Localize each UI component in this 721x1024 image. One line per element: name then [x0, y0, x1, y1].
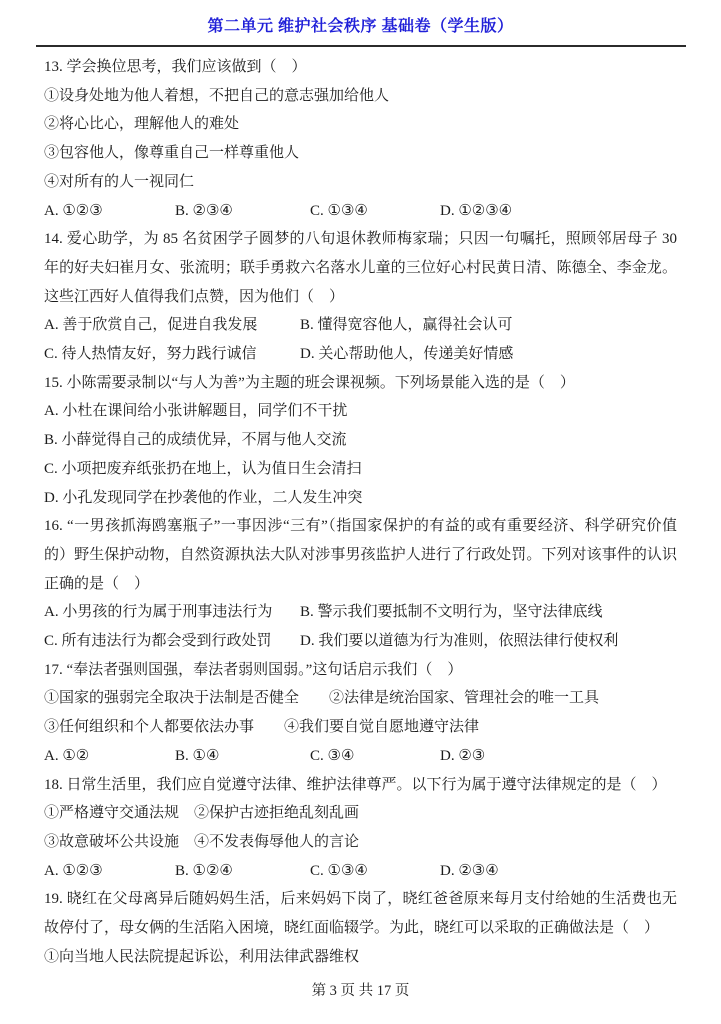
- page-number: 第 3 页 共 17 页: [312, 983, 410, 999]
- options-row: C. 所有违法行为都会受到行政处罚 D. 我们要以道德为行为准则，依照法律行使权…: [44, 627, 677, 656]
- option-c: C. 小项把废弃纸张扔在地上，认为值日生会清扫: [44, 455, 677, 484]
- question-stem: 17. “奉法者强则国强，奉法者弱则国弱。”这句话启示我们（ ）: [44, 656, 677, 685]
- question-15: 15. 小陈需要录制以“与人为善”为主题的班会课视频。下列场景能入选的是（ ） …: [44, 369, 677, 513]
- numbered-statement-row: ①国家的强弱完全取决于法制是否健全 ②法律是统治国家、管理社会的唯一工具: [44, 684, 677, 713]
- options-row: A. ①② B. ①④ C. ③④ D. ②③: [44, 742, 677, 771]
- option-c: C. 待人热情友好，努力践行诚信: [44, 340, 300, 369]
- option-d: D. ②③④: [440, 857, 499, 886]
- options-row: A. ①②③ B. ②③④ C. ①③④ D. ①②③④: [44, 197, 677, 226]
- numbered-statement: ③包容他人，像尊重自己一样尊重他人: [44, 139, 677, 168]
- option-d: D. ①②③④: [440, 197, 512, 226]
- page-footer: 第 3 页 共 17 页: [0, 980, 721, 1002]
- question-stem: 13. 学会换位思考，我们应该做到（ ）: [44, 53, 677, 82]
- option-b: B. ①④: [175, 742, 310, 771]
- option-a: A. ①②③: [44, 197, 175, 226]
- option-b: B. 懂得宽容他人，赢得社会认可: [300, 311, 513, 340]
- options-row: C. 待人热情友好，努力践行诚信 D. 关心帮助他人，传递美好情感: [44, 340, 677, 369]
- numbered-statement: ②将心比心，理解他人的难处: [44, 110, 677, 139]
- options-row: A. 小男孩的行为属于刑事违法行为 B. 警示我们要抵制不文明行为，坚守法律底线: [44, 598, 677, 627]
- exam-page: 第二单元 维护社会秩序 基础卷（学生版） 13. 学会换位思考，我们应该做到（ …: [0, 0, 721, 1024]
- option-a: A. ①②③: [44, 857, 175, 886]
- question-stem: 19. 晓红在父母离异后随妈妈生活，后来妈妈下岗了，晓红爸爸原来每月支付给她的生…: [44, 885, 677, 942]
- option-b: B. 小薛觉得自己的成绩优异，不屑与他人交流: [44, 426, 677, 455]
- option-d: D. 关心帮助他人，传递美好情感: [300, 340, 513, 369]
- question-17: 17. “奉法者强则国强，奉法者弱则国弱。”这句话启示我们（ ） ①国家的强弱完…: [44, 656, 677, 771]
- option-a: A. 善于欣赏自己，促进自我发展: [44, 311, 300, 340]
- options-row: A. 善于欣赏自己，促进自我发展 B. 懂得宽容他人，赢得社会认可: [44, 311, 677, 340]
- question-19: 19. 晓红在父母离异后随妈妈生活，后来妈妈下岗了，晓红爸爸原来每月支付给她的生…: [44, 885, 677, 971]
- option-d: D. 我们要以道德为行为准则，依照法律行使权利: [300, 627, 618, 656]
- option-c: C. ①③④: [310, 857, 440, 886]
- options-row: A. ①②③ B. ①②④ C. ①③④ D. ②③④: [44, 857, 677, 886]
- numbered-statement: ①向当地人民法院提起诉讼，利用法律武器维权: [44, 943, 677, 972]
- question-18: 18. 日常生活里，我们应自觉遵守法律、维护法律尊严。以下行为属于遵守法律规定的…: [44, 771, 677, 886]
- option-a: A. 小杜在课间给小张讲解题目，同学们不干扰: [44, 397, 677, 426]
- option-d: D. 小孔发现同学在抄袭他的作业，二人发生冲突: [44, 484, 677, 513]
- header-divider: [36, 45, 686, 47]
- option-d: D. ②③: [440, 742, 485, 771]
- question-13: 13. 学会换位思考，我们应该做到（ ） ①设身处地为他人着想，不把自己的意志强…: [44, 53, 677, 225]
- option-b: B. ①②④: [175, 857, 310, 886]
- option-c: C. ①③④: [310, 197, 440, 226]
- question-stem: 18. 日常生活里，我们应自觉遵守法律、维护法律尊严。以下行为属于遵守法律规定的…: [44, 771, 677, 800]
- question-stem: 14. 爱心助学，为 85 名贫困学子圆梦的八旬退休教师梅家瑞；只因一句嘱托，照…: [44, 225, 677, 311]
- option-c: C. ③④: [310, 742, 440, 771]
- option-b: B. ②③④: [175, 197, 310, 226]
- numbered-statement-row: ③任何组织和个人都要依法办事 ④我们要自觉自愿地遵守法律: [44, 713, 677, 742]
- document-title: 第二单元 维护社会秩序 基础卷（学生版）: [0, 0, 721, 39]
- question-16: 16. “一男孩抓海鸥塞瓶子”一事因涉“三有”（指国家保护的有益的或有重要经济、…: [44, 512, 677, 656]
- option-b: B. 警示我们要抵制不文明行为，坚守法律底线: [300, 598, 603, 627]
- numbered-statement: ④对所有的人一视同仁: [44, 168, 677, 197]
- option-a: A. 小男孩的行为属于刑事违法行为: [44, 598, 300, 627]
- option-c: C. 所有违法行为都会受到行政处罚: [44, 627, 300, 656]
- questions-area: 13. 学会换位思考，我们应该做到（ ） ①设身处地为他人着想，不把自己的意志强…: [44, 53, 677, 972]
- question-stem: 16. “一男孩抓海鸥塞瓶子”一事因涉“三有”（指国家保护的有益的或有重要经济、…: [44, 512, 677, 598]
- question-14: 14. 爱心助学，为 85 名贫困学子圆梦的八旬退休教师梅家瑞；只因一句嘱托，照…: [44, 225, 677, 369]
- question-stem: 15. 小陈需要录制以“与人为善”为主题的班会课视频。下列场景能入选的是（ ）: [44, 369, 677, 398]
- numbered-statement: ①设身处地为他人着想，不把自己的意志强加给他人: [44, 82, 677, 111]
- option-a: A. ①②: [44, 742, 175, 771]
- numbered-statement-row: ①严格遵守交通法规 ②保护古迹拒绝乱刻乱画: [44, 799, 677, 828]
- numbered-statement-row: ③故意破坏公共设施 ④不发表侮辱他人的言论: [44, 828, 677, 857]
